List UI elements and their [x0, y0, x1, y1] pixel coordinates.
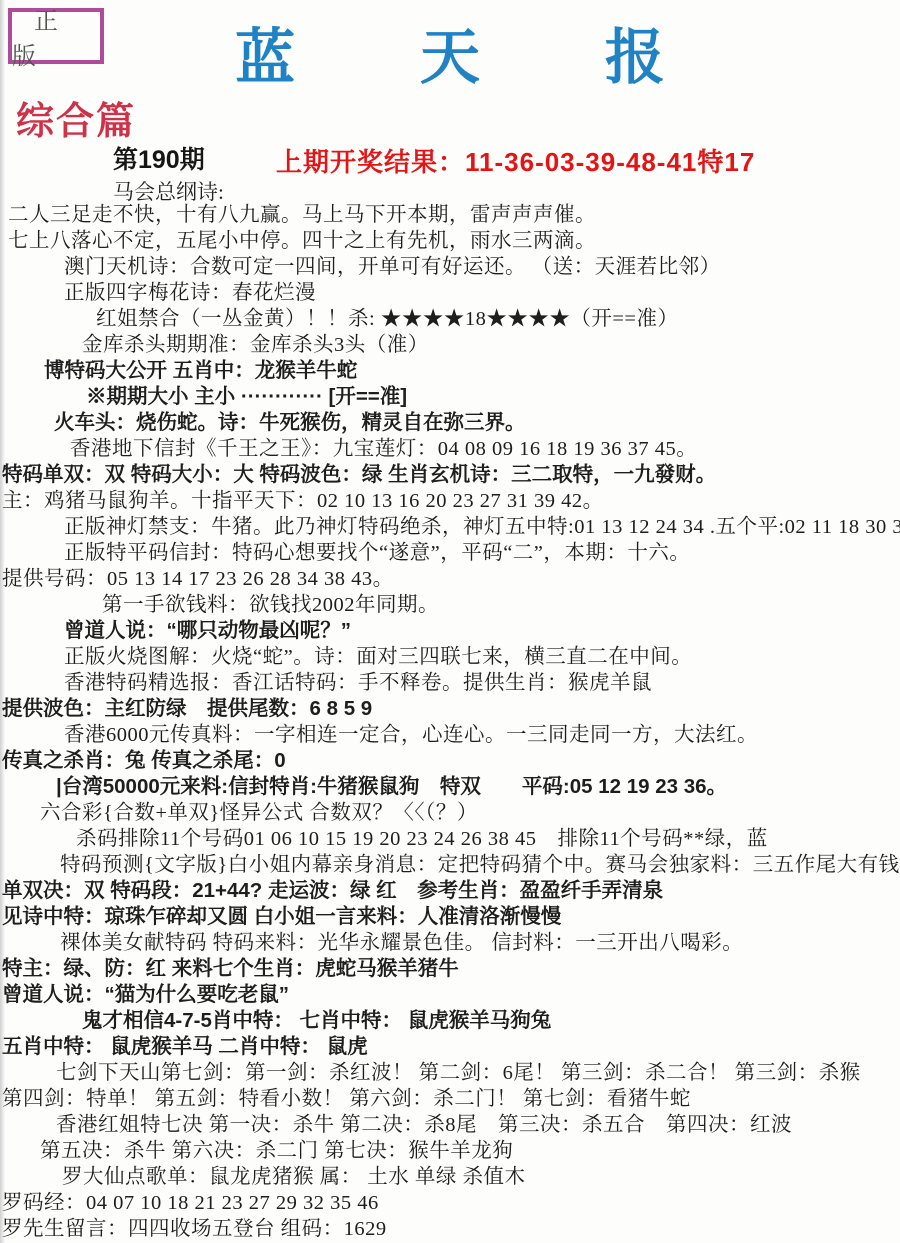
body-lines: 二人三足走不快，十有八九赢。马上马下开本期，雷声声声催。七上八落心不定，五尾小中…	[0, 202, 900, 1242]
body-line: 特主：绿、防：红 来料七个生肖：虎蛇马猴羊猪牛	[0, 956, 900, 982]
body-line: 曾道人说：“猫为什么要吃老鼠”	[0, 982, 900, 1008]
body-line: 澳门天机诗：合数可定一四间，开单可有好运还。 （送：天涯若比邻）	[0, 254, 900, 280]
body-line: 正版特平码信封：特码心想要找个“遂意”，平码“二”，本期：十六。	[0, 540, 900, 566]
body-line: 鬼才相信4-7-5肖中特： 七肖中特： 鼠虎猴羊马狗兔	[0, 1008, 900, 1034]
body-line: 传真之杀肖：兔 传真之杀尾：0	[0, 748, 900, 774]
body-line: 正版神灯禁支：牛猪。此乃神灯特码绝杀，神灯五中特:01 13 12 24 34 …	[0, 514, 900, 540]
body-line: 二人三足走不快，十有八九赢。马上马下开本期，雷声声声催。	[0, 202, 900, 228]
body-line: 曾道人说：“哪只动物最凶呢？”	[0, 618, 900, 644]
body-line: 罗先生留言：四四收场五登台 组码：1629	[0, 1216, 900, 1242]
body-line: 特码预测{文字版}白小姐内幕亲身消息：定把特码猜个中。赛马会独家料：三五作尾大有…	[0, 852, 900, 878]
body-line: |台湾50000元来料:信封特肖:牛猪猴鼠狗 特双 平码:05 12 19 23…	[0, 774, 900, 800]
body-line: 香港地下信封《千王之王》：九宝莲灯：04 08 09 16 18 19 36 3…	[0, 436, 900, 462]
body-line: 正版四字梅花诗：春花烂漫	[0, 280, 900, 306]
section-title: 综合篇	[16, 90, 136, 145]
newspaper-page: 正 版 蓝 天 报 综合篇 第190期 上期开奖结果：11-36-03-39-4…	[0, 0, 900, 1243]
body-line: 五肖中特： 鼠虎猴羊马 二肖中特： 鼠虎	[0, 1034, 900, 1060]
body-line: 杀码排除11个号码01 06 10 15 19 20 23 24 26 38 4…	[0, 826, 900, 852]
body-line: 见诗中特：琼珠乍碎却又圆 白小姐一言来料：人准清洛渐慢慢	[0, 904, 900, 930]
body-line: 单双决：双 特码段：21+44? 走运波：绿 红 参考生肖：盈盈纤手弄清泉	[0, 878, 900, 904]
body-line: 香港红姐特七决 第一决：杀牛 第二决：杀8尾 第三决：杀五合 第四决：红波	[0, 1112, 900, 1138]
body-line: 第四剑：特单！ 第五剑：特看小数！ 第六剑：杀二门！ 第七剑：看猪牛蛇	[0, 1086, 900, 1112]
body-line: 香港6000元传真料：一字相连一定合，心连心。一三同走同一方，大法红。	[0, 722, 900, 748]
body-line: 特码单双：双 特码大小：大 特码波色：绿 生肖玄机诗：三二取特，一九發财。	[0, 462, 900, 488]
body-line: 罗码经：04 07 10 18 21 23 27 29 32 35 46	[0, 1190, 900, 1216]
last-draw-result: 上期开奖结果：11-36-03-39-48-41特17	[276, 142, 755, 179]
body-line: ※期期大小 主小 ············ [开==准]	[0, 384, 900, 410]
body-line: 裸体美女献特码 特码来料：光华永耀景色佳。 信封料：一三开出八喝彩。	[0, 930, 900, 956]
body-line: 第一手欲钱料：欲钱找2002年同期。	[0, 592, 900, 618]
body-line: 第五决：杀牛 第六决：杀二门 第七决：猴牛羊龙狗	[0, 1138, 900, 1164]
body-line: 红姐禁合（一丛金黄）！！杀: ★★★★18★★★★（开==准）	[0, 306, 900, 332]
body-line: 金库杀头期期准：金库杀头3头（准）	[0, 332, 900, 358]
body-line: 正版火烧图解：火烧“蛇”。诗：面对三四联七来，横三直二在中间。	[0, 644, 900, 670]
body-line: 六合彩{合数+单双}怪异公式 合数双？〈〈（？）	[0, 800, 900, 826]
body-line: 提供号码：05 13 14 17 23 26 28 34 38 43。	[0, 566, 900, 592]
body-line: 主：鸡猪马鼠狗羊。十指平天下：02 10 13 16 20 23 27 31 3…	[0, 488, 900, 514]
body-line: 罗大仙点歌单：鼠龙虎猪猴 属： 土水 单绿 杀值木	[0, 1164, 900, 1190]
body-line: 香港特码精选报：香江话特码：手不释卷。提供生肖：猴虎羊鼠	[0, 670, 900, 696]
body-line: 博特码大公开 五肖中：龙猴羊牛蛇	[0, 358, 900, 384]
paper-title: 蓝 天 报	[0, 10, 900, 96]
issue-number: 第190期	[113, 140, 205, 176]
body-line: 七剑下天山第七剑：第一剑：杀红波！ 第二剑：6尾！ 第三剑：杀二合！ 第三剑：杀…	[0, 1060, 900, 1086]
body-line: 提供波色：主红防绿 提供尾数：6 8 5 9	[0, 696, 900, 722]
body-line: 七上八落心不定，五尾小中停。四十之上有先机，雨水三两滴。	[0, 228, 900, 254]
body-line: 火车头：烧伤蛇。诗：牛死猴伤，精灵自在弥三界。	[0, 410, 900, 436]
